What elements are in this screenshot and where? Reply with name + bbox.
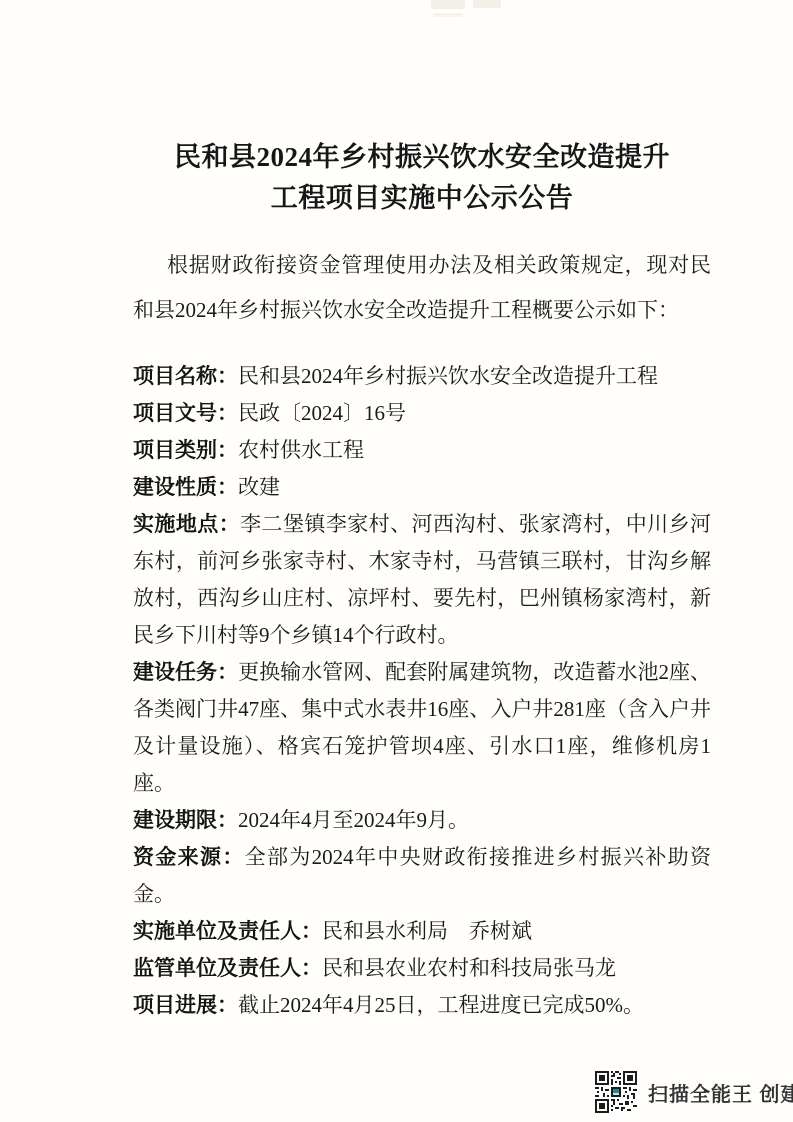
field-project-name: 项目名称：民和县2024年乡村振兴饮水安全改造提升工程 — [133, 358, 711, 395]
scanner-watermark: 扫描全能王 创建 — [595, 1071, 793, 1113]
field-document-number: 项目文号：民政〔2024〕16号 — [133, 395, 711, 432]
field-funding-source: 资金来源：全部为2024年中央财政衔接推进乡村振兴补助资金。 — [133, 839, 711, 913]
field-value: 民和县农业农村和科技局张马龙 — [322, 956, 616, 980]
field-value: 民和县2024年乡村振兴饮水安全改造提升工程 — [238, 364, 658, 388]
scanned-document-page: 民和县2024年乡村振兴饮水安全改造提升 工程项目实施中公示公告 根据财政衔接资… — [0, 0, 793, 1122]
scanner-watermark-text: 扫描全能王 创建 — [648, 1078, 793, 1107]
field-label: 实施单位及责任人： — [133, 919, 322, 943]
field-label: 建设任务： — [133, 660, 238, 684]
field-implementation-location: 实施地点：李二堡镇李家村、河西沟村、张家湾村，中川乡河东村，前河乡张家寺村、木家… — [133, 506, 711, 654]
scan-artifact — [473, 0, 501, 8]
field-construction-tasks: 建设任务：更换输水管网、配套附属建筑物，改造蓄水池2座、各类阀门井47座、集中式… — [133, 654, 711, 802]
field-label: 监管单位及责任人： — [133, 956, 322, 980]
field-value: 改建 — [238, 475, 280, 499]
field-label: 项目类别： — [133, 438, 238, 462]
field-value: 截止2024年4月25日，工程进度已完成50%。 — [238, 993, 644, 1017]
field-label: 项目文号： — [133, 401, 238, 425]
scan-artifact — [431, 0, 465, 9]
document-body: 民和县2024年乡村振兴饮水安全改造提升 工程项目实施中公示公告 根据财政衔接资… — [133, 137, 711, 1024]
field-value: 民政〔2024〕16号 — [238, 401, 406, 425]
field-construction-period: 建设期限：2024年4月至2024年9月。 — [133, 802, 711, 839]
field-label: 项目进展： — [133, 993, 238, 1017]
page-title: 民和县2024年乡村振兴饮水安全改造提升 工程项目实施中公示公告 — [133, 137, 711, 219]
field-label: 建设期限： — [133, 808, 238, 832]
page-title-line-2: 工程项目实施中公示公告 — [133, 178, 711, 219]
field-project-category: 项目类别：农村供水工程 — [133, 432, 711, 469]
qr-code-icon — [595, 1071, 637, 1113]
intro-paragraph: 根据财政衔接资金管理使用办法及相关政策规定，现对民和县2024年乡村振兴饮水安全… — [133, 243, 711, 333]
field-value: 农村供水工程 — [238, 438, 364, 462]
field-value: 2024年4月至2024年9月。 — [238, 808, 469, 832]
field-list: 项目名称：民和县2024年乡村振兴饮水安全改造提升工程 项目文号：民政〔2024… — [133, 358, 711, 1024]
field-value: 民和县水利局 乔树斌 — [322, 919, 532, 943]
field-implementing-unit: 实施单位及责任人：民和县水利局 乔树斌 — [133, 913, 711, 950]
field-project-progress: 项目进展：截止2024年4月25日，工程进度已完成50%。 — [133, 987, 711, 1024]
field-label: 建设性质： — [133, 475, 238, 499]
field-label: 项目名称： — [133, 364, 238, 388]
page-title-line-1: 民和县2024年乡村振兴饮水安全改造提升 — [133, 137, 711, 178]
scan-artifact — [433, 13, 463, 17]
field-label: 资金来源： — [133, 845, 245, 869]
field-construction-nature: 建设性质：改建 — [133, 469, 711, 506]
field-label: 实施地点： — [133, 512, 240, 536]
field-supervising-unit: 监管单位及责任人：民和县农业农村和科技局张马龙 — [133, 950, 711, 987]
